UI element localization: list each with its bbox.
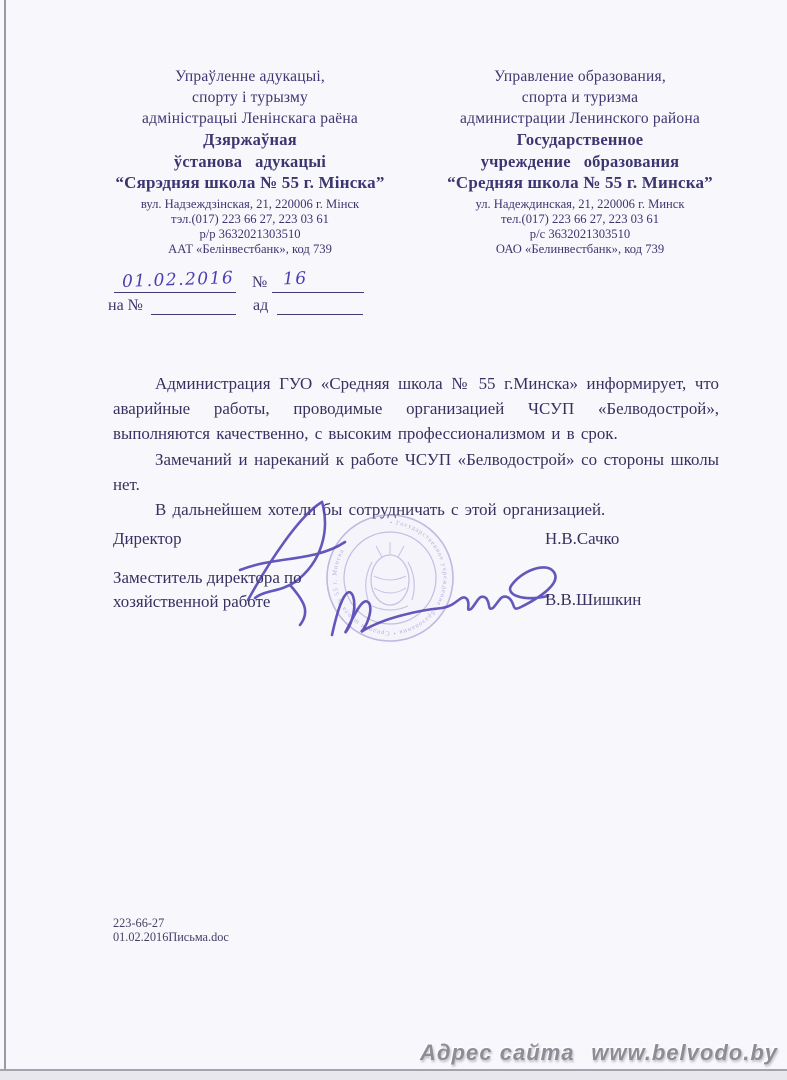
org-line: Управление образования, xyxy=(430,66,730,87)
letterhead-belarusian: Упраўленне адукацыі, спорту і турызму ад… xyxy=(100,66,400,257)
handwritten-number: 16 xyxy=(283,269,308,290)
body-paragraph: Администрация ГУО «Средняя школа № 55 г.… xyxy=(113,371,719,447)
scan-edge-left-line xyxy=(4,0,6,1070)
org-bold-line: ўстанова адукацыі xyxy=(100,151,400,173)
number-underline xyxy=(272,292,364,293)
site-watermark: Адрес сайта www.belvodo.by xyxy=(420,1040,778,1066)
account-line: р/с 3632021303510 xyxy=(430,227,730,242)
director-title: Директор xyxy=(113,529,182,549)
deputy-title-line1: Заместитель директора по xyxy=(113,568,302,588)
bottom-scan-strip xyxy=(0,1071,787,1080)
org-line: адміністрацыі Ленінскага раёна xyxy=(100,108,400,129)
deputy-name: В.В.Шишкин xyxy=(545,590,641,610)
org-line: администрации Ленинского района xyxy=(430,108,730,129)
org-line: спорту і турызму xyxy=(100,87,400,108)
org-line: Упраўленне адукацыі, xyxy=(100,66,400,87)
org-line: спорта и туризма xyxy=(430,87,730,108)
address-line: вул. Надзеждзінская, 21, 220006 г. Мінск xyxy=(100,197,400,212)
ad-label: ад xyxy=(253,297,268,315)
address-line: ул. Надеждинская, 21, 220006 г. Минск xyxy=(430,197,730,212)
bank-line: ОАО «Белинвестбанк», код 739 xyxy=(430,242,730,257)
account-line: р/р 3632021303510 xyxy=(100,227,400,242)
date-underline xyxy=(114,292,236,293)
phone-line: тэл.(017) 223 66 27, 223 03 61 xyxy=(100,212,400,227)
org-bold-line: Государственное xyxy=(430,129,730,151)
na-no-label: на № xyxy=(108,297,143,315)
phone-line: тел.(017) 223 66 27, 223 03 61 xyxy=(430,212,730,227)
bank-line: ААТ «Белінвестбанк», код 739 xyxy=(100,242,400,257)
footer-filename: 01.02.2016Письма.doc xyxy=(113,930,229,944)
handwritten-date: 01.02.2016 xyxy=(122,268,235,292)
scanned-letter-page: Упраўленне адукацыі, спорту і турызму ад… xyxy=(0,0,787,1080)
number-label: № xyxy=(252,274,267,292)
footer-phone: 223-66-27 xyxy=(113,916,164,930)
watermark-url: www.belvodo.by xyxy=(591,1040,778,1066)
letterhead-russian: Управление образования, спорта и туризма… xyxy=(430,66,730,257)
school-name: “Сярэдняя школа № 55 г. Мінска” xyxy=(100,172,400,194)
org-bold-line: учреждение образования xyxy=(430,151,730,173)
ad-underline xyxy=(277,314,363,315)
deputy-signature xyxy=(332,567,555,635)
na-no-underline xyxy=(151,314,236,315)
watermark-label: Адрес сайта xyxy=(420,1040,574,1066)
deputy-title-line2: хозяйственной работе xyxy=(113,592,270,612)
org-bold-line: Дзяржаўная xyxy=(100,129,400,151)
director-name: Н.В.Сачко xyxy=(545,529,619,549)
school-name: “Средняя школа № 55 г. Минска” xyxy=(430,172,730,194)
